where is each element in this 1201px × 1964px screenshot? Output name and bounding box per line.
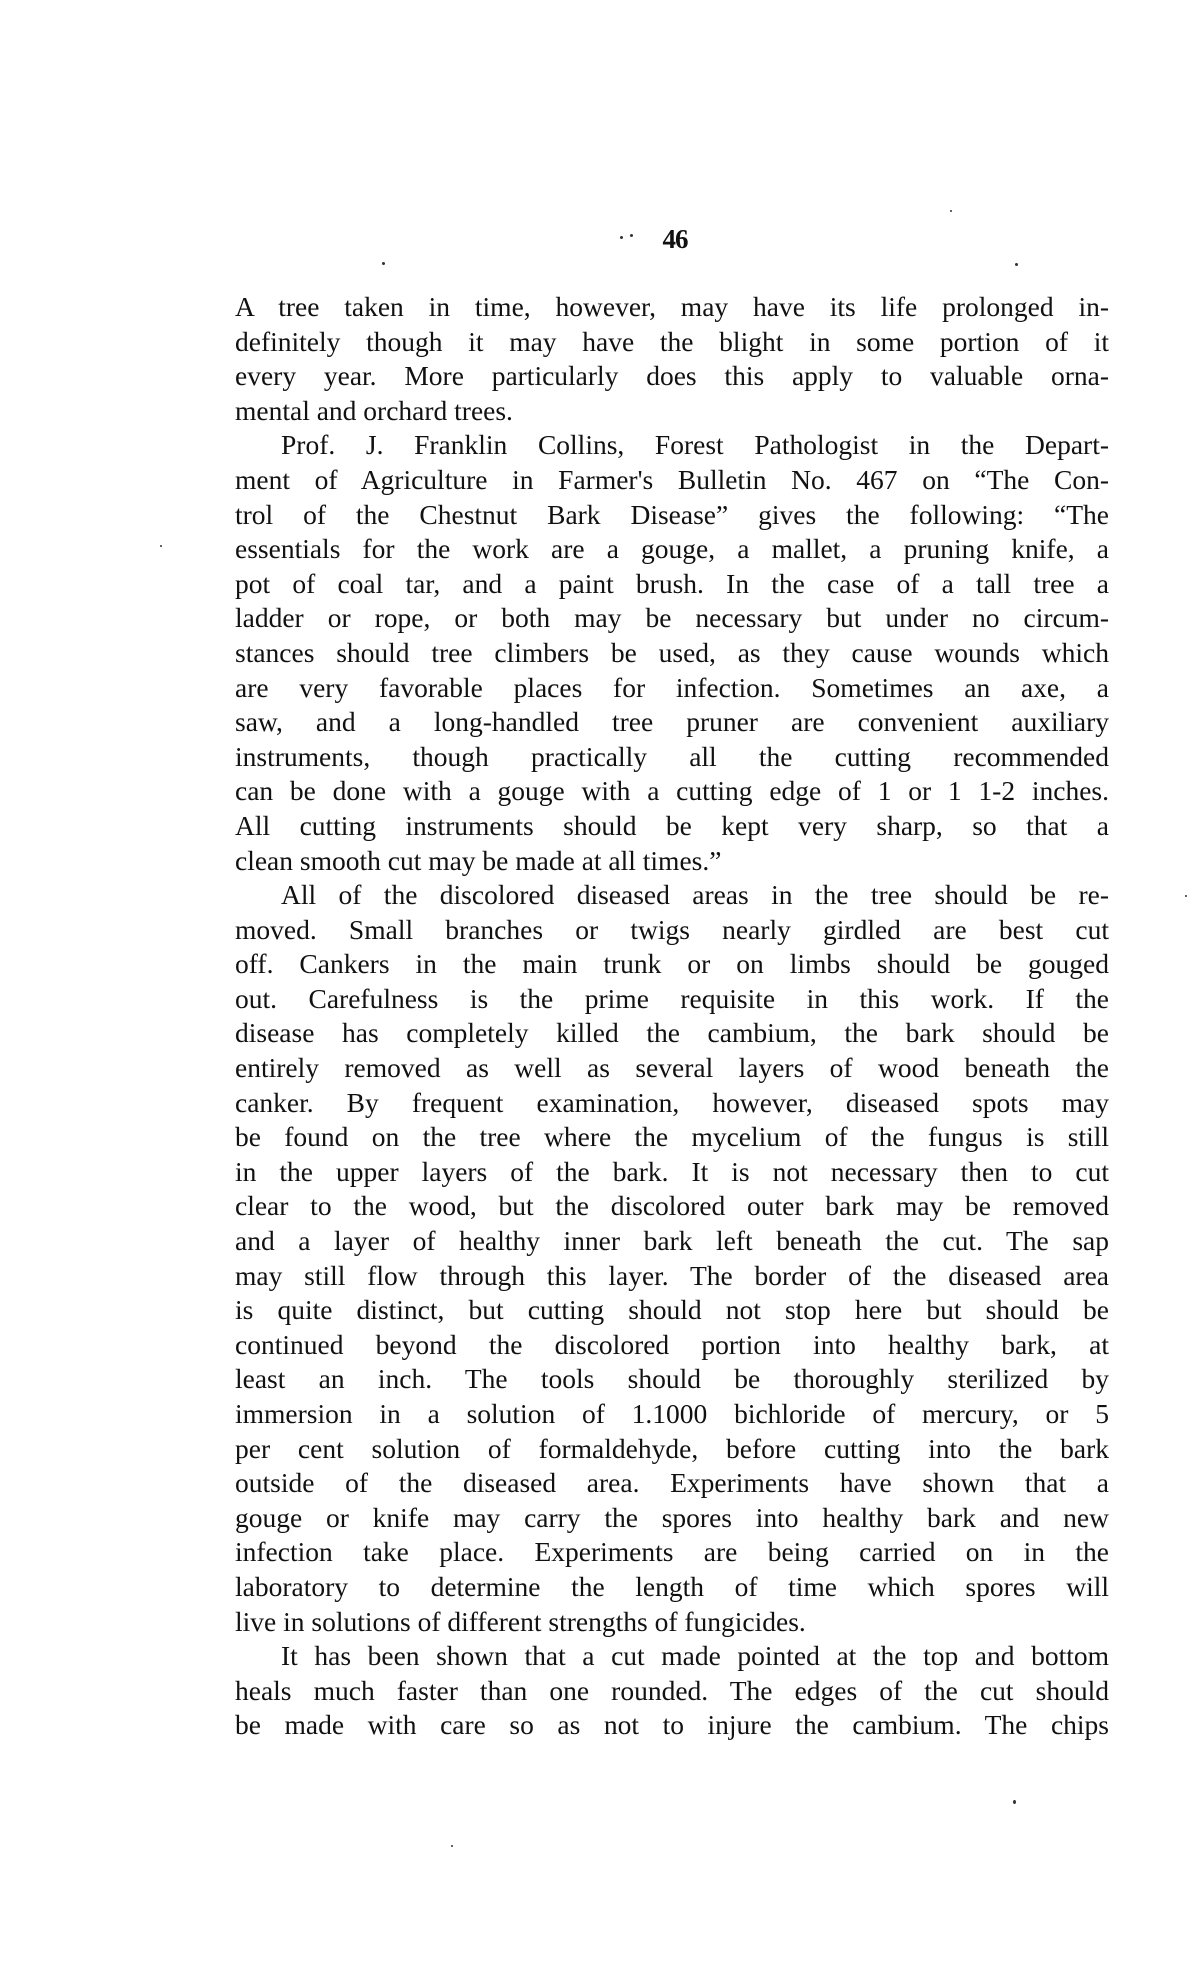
- scan-speck: [1015, 263, 1018, 266]
- text-line: may still flow through this layer. The b…: [235, 1259, 1109, 1294]
- scan-speck: [1013, 1800, 1016, 1804]
- text-line: immersion in a solution of 1.1000 bichlo…: [235, 1397, 1109, 1432]
- paragraph: A tree taken in time, however, may have …: [235, 290, 1109, 428]
- paragraph: Prof. J. Franklin Collins, Forest Pathol…: [235, 428, 1109, 878]
- scan-speck: [630, 234, 633, 237]
- text-line: per cent solution of formaldehyde, befor…: [235, 1432, 1109, 1467]
- text-line: can be done with a gouge with a cutting …: [235, 774, 1109, 809]
- text-line: essentials for the work are a gouge, a m…: [235, 532, 1109, 567]
- page-number: 46: [640, 224, 710, 254]
- text-line: clean smooth cut may be made at all time…: [235, 844, 1109, 879]
- text-line: trol of the Chestnut Bark Disease” gives…: [235, 498, 1109, 533]
- text-line: All of the discolored diseased areas in …: [235, 878, 1109, 913]
- text-line: saw, and a long-handled tree pruner are …: [235, 705, 1109, 740]
- text-line: and a layer of healthy inner bark left b…: [235, 1224, 1109, 1259]
- text-line: be found on the tree where the mycelium …: [235, 1120, 1109, 1155]
- scan-speck: [160, 545, 162, 547]
- text-line: stances should tree climbers be used, as…: [235, 636, 1109, 671]
- text-line: It has been shown that a cut made pointe…: [235, 1639, 1109, 1674]
- text-line: laboratory to determine the length of ti…: [235, 1570, 1109, 1605]
- text-line: disease has completely killed the cambiu…: [235, 1016, 1109, 1051]
- scan-speck: [382, 262, 385, 265]
- text-line: Prof. J. Franklin Collins, Forest Pathol…: [235, 428, 1109, 463]
- text-line: entirely removed as well as several laye…: [235, 1051, 1109, 1086]
- scan-speck: [451, 1845, 453, 1847]
- scan-speck: [620, 236, 623, 239]
- text-line: outside of the diseased area. Experiment…: [235, 1466, 1109, 1501]
- text-line: in the upper layers of the bark. It is n…: [235, 1155, 1109, 1190]
- text-line: canker. By frequent examination, however…: [235, 1086, 1109, 1121]
- text-line: be made with care so as not to injure th…: [235, 1708, 1109, 1743]
- text-line: every year. More particularly does this …: [235, 359, 1109, 394]
- text-line: is quite distinct, but cutting should no…: [235, 1293, 1109, 1328]
- text-line: live in solutions of different strengths…: [235, 1605, 1109, 1640]
- scan-speck: [950, 210, 952, 212]
- paragraph: It has been shown that a cut made pointe…: [235, 1639, 1109, 1743]
- text-line: infection take place. Experiments are be…: [235, 1535, 1109, 1570]
- text-line: pot of coal tar, and a paint brush. In t…: [235, 567, 1109, 602]
- body-text: A tree taken in time, however, may have …: [235, 290, 1109, 1743]
- text-line: off. Cankers in the main trunk or on lim…: [235, 947, 1109, 982]
- document-page: 46 A tree taken in time, however, may ha…: [0, 0, 1201, 1964]
- text-line: A tree taken in time, however, may have …: [235, 290, 1109, 325]
- text-line: heals much faster than one rounded. The …: [235, 1674, 1109, 1709]
- text-line: moved. Small branches or twigs nearly gi…: [235, 913, 1109, 948]
- text-line: instruments, though practically all the …: [235, 740, 1109, 775]
- text-line: gouge or knife may carry the spores into…: [235, 1501, 1109, 1536]
- text-line: mental and orchard trees.: [235, 394, 1109, 429]
- text-line: definitely though it may have the blight…: [235, 325, 1109, 360]
- text-line: continued beyond the discolored portion …: [235, 1328, 1109, 1363]
- text-line: All cutting instruments should be kept v…: [235, 809, 1109, 844]
- text-line: clear to the wood, but the discolored ou…: [235, 1189, 1109, 1224]
- text-line: out. Carefulness is the prime requisite …: [235, 982, 1109, 1017]
- scan-speck: [1185, 895, 1187, 897]
- text-line: least an inch. The tools should be thoro…: [235, 1362, 1109, 1397]
- text-line: are very favorable places for infection.…: [235, 671, 1109, 706]
- text-line: ladder or rope, or both may be necessary…: [235, 601, 1109, 636]
- text-line: ment of Agriculture in Farmer's Bulletin…: [235, 463, 1109, 498]
- paragraph: All of the discolored diseased areas in …: [235, 878, 1109, 1639]
